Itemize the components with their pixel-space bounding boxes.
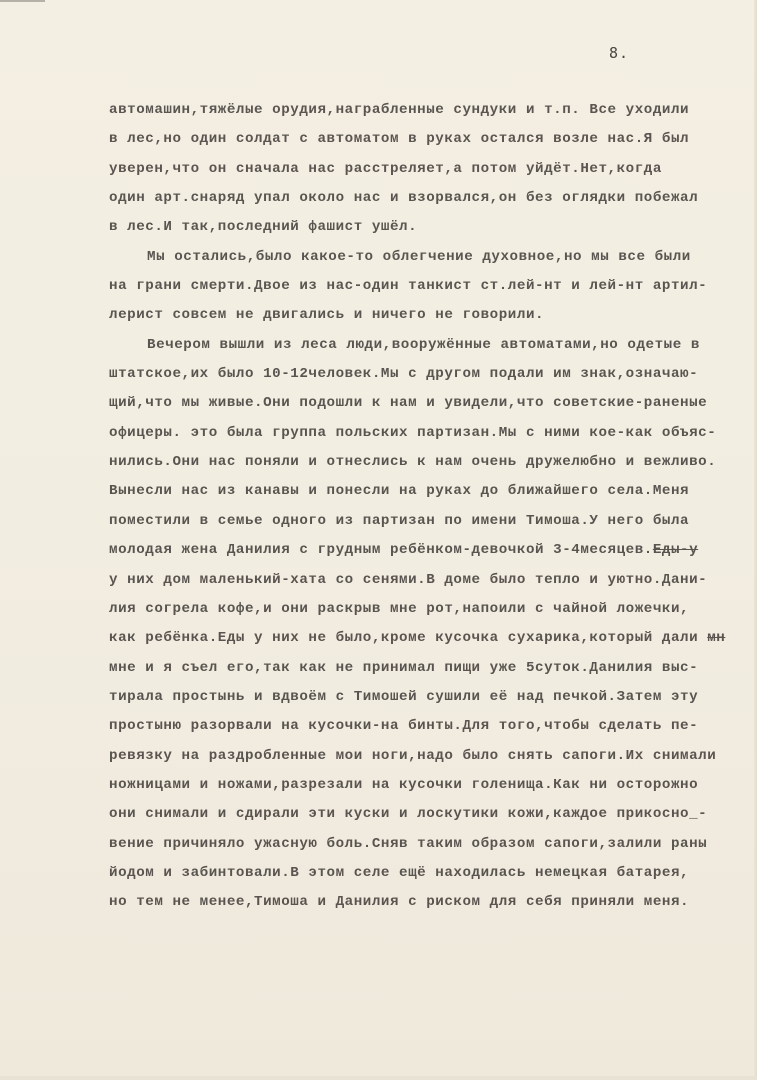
text-line: поместили в семье одного из партизан по …	[109, 507, 749, 536]
scan-edge-mark	[0, 0, 45, 2]
text-line: тирала простынь и вдвоём с Тимошей сушил…	[109, 683, 749, 712]
text-line: Мы остались,было какое-то облегчение дух…	[109, 243, 749, 272]
text-line: но тем не менее,Тимоша и Данилия с риско…	[109, 888, 749, 917]
text-line: штатское,их было 10-12человек.Мы с друго…	[109, 360, 749, 389]
text-line: у них дом маленький-хата со сенями.В дом…	[109, 566, 749, 595]
text-line: они снимали и сдирали эти куски и лоскут…	[109, 800, 749, 829]
text-line: нились.Они нас поняли и отнеслись к нам …	[109, 448, 749, 477]
text-line: мне и я съел его,так как не принимал пищ…	[109, 654, 749, 683]
text-line: простыню разорвали на кусочки-на бинты.Д…	[109, 712, 749, 741]
text-line: Вынесли нас из канавы и понесли на руках…	[109, 477, 749, 506]
text-line: йодом и забинтовали.В этом селе ещё нахо…	[109, 859, 749, 888]
text-line: офицеры. это была группа польских партиз…	[109, 419, 749, 448]
text-line: на грани смерти.Двое из нас-один танкист…	[109, 272, 749, 301]
text-line: щий,что мы живые.Они подошли к нам и уви…	[109, 389, 749, 418]
text-line: лерист совсем не двигались и ничего не г…	[109, 301, 749, 330]
struck-out-text: Еды-у	[653, 542, 698, 558]
text-segment: молодая жена Данилия с грудным ребёнком-…	[109, 542, 653, 558]
typewritten-page: 8. автомашин,тяжёлые орудия,награбленные…	[0, 0, 757, 1080]
text-line: ревязку на раздробленные мои ноги,надо б…	[109, 742, 749, 771]
text-line-with-strikeout: молодая жена Данилия с грудным ребёнком-…	[109, 536, 749, 565]
text-line: вение причиняло ужасную боль.Сняв таким …	[109, 830, 749, 859]
text-segment: как ребёнка.Еды у них не было,кроме кусо…	[109, 630, 707, 646]
text-line: Вечером вышли из леса люди,вооружённые а…	[109, 331, 749, 360]
text-line: ножницами и ножами,разрезали на кусочки …	[109, 771, 749, 800]
text-line: лия согрела кофе,и они раскрыв мне рот,н…	[109, 595, 749, 624]
text-line: в лес,но один солдат с автоматом в руках…	[109, 125, 749, 154]
page-number: 8.	[609, 44, 629, 62]
page-bottom-edge	[0, 1076, 757, 1080]
text-line: автомашин,тяжёлые орудия,награбленные су…	[109, 96, 749, 125]
document-body: автомашин,тяжёлые орудия,награбленные су…	[109, 96, 749, 918]
text-line-with-strikeout: как ребёнка.Еды у них не было,кроме кусо…	[109, 624, 749, 653]
text-line: в лес.И так,последний фашист ушёл.	[109, 213, 749, 242]
text-line: уверен,что он сначала нас расстреляет,а …	[109, 155, 749, 184]
struck-out-text: мн	[707, 630, 725, 646]
text-line: один арт.снаряд упал около нас и взорвал…	[109, 184, 749, 213]
